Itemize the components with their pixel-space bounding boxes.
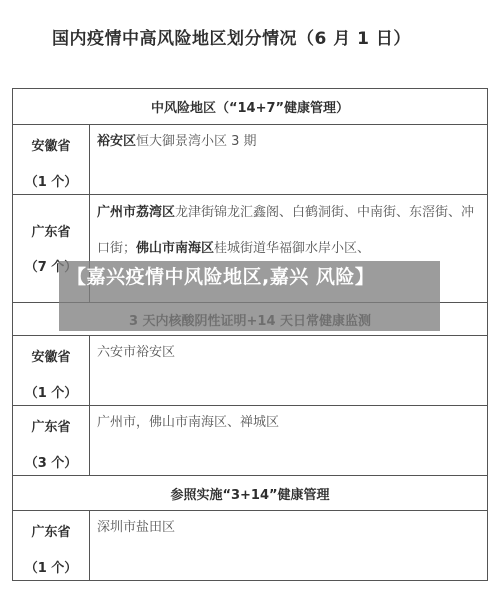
province-name: 安徽省 [31,346,70,365]
document-title: 国内疫情中高风险地区划分情况（6 月 1 日） [52,24,411,49]
area-detail: 桂城街道华福御水岸小区、 [214,241,370,256]
section-header-medium-risk: 中风险地区（“14+7”健康管理） [13,89,487,124]
province-name: 安徽省 [31,135,70,154]
table-row: 广东省 （1 个） 深圳市盐田区 [13,510,487,580]
province-cell: 安徽省 （1 个） [13,336,90,405]
areas-cell: 深圳市盐田区 [90,511,487,580]
table-row: 安徽省 （1 个） 六安市裕安区 [13,335,487,405]
province-count: （1 个） [25,171,78,190]
province-name: 广东省 [31,521,70,540]
areas-cell: 裕安区恒大御景湾小区 3 期 [90,125,487,194]
table-row: 安徽省 （1 个） 裕安区恒大御景湾小区 3 期 [13,124,487,194]
area-detail: 恒大御景湾小区 3 期 [136,134,257,149]
section-header-3-14-management: 参照实施“3+14”健康管理 [13,475,487,510]
province-cell: 安徽省 （1 个） [13,125,90,194]
area-district: 佛山市南海区 [136,241,214,256]
area-detail: 深圳市盐田区 [97,520,175,535]
province-count: （1 个） [25,382,78,401]
risk-area-table: 中风险地区（“14+7”健康管理） 安徽省 （1 个） 裕安区恒大御景湾小区 3… [12,88,488,581]
overlay-title[interactable]: 【嘉兴疫情中风险地区,嘉兴 风险】 [59,261,440,289]
area-district: 裕安区 [97,134,136,149]
article-title-overlay[interactable]: 【嘉兴疫情中风险地区,嘉兴 风险】 [59,261,440,331]
province-name: 广东省 [31,416,70,435]
areas-cell: 六安市裕安区 [90,336,487,405]
area-detail: 广州市，佛山市南海区、禅城区 [97,415,279,430]
area-district: 广州市荔湾区 [97,205,175,220]
areas-cell: 广州市，佛山市南海区、禅城区 [90,406,487,475]
province-cell: 广东省 （3 个） [13,406,90,475]
section-header-label: 中风险地区（“14+7”健康管理） [151,97,349,116]
province-name: 广东省 [31,221,70,240]
section-header-label: 参照实施“3+14”健康管理 [170,484,329,503]
province-count: （1 个） [25,557,78,576]
province-cell: 广东省 （1 个） [13,511,90,580]
table-row: 广东省 （3 个） 广州市，佛山市南海区、禅城区 [13,405,487,475]
area-detail: 六安市裕安区 [97,345,175,360]
province-count: （3 个） [25,452,78,471]
